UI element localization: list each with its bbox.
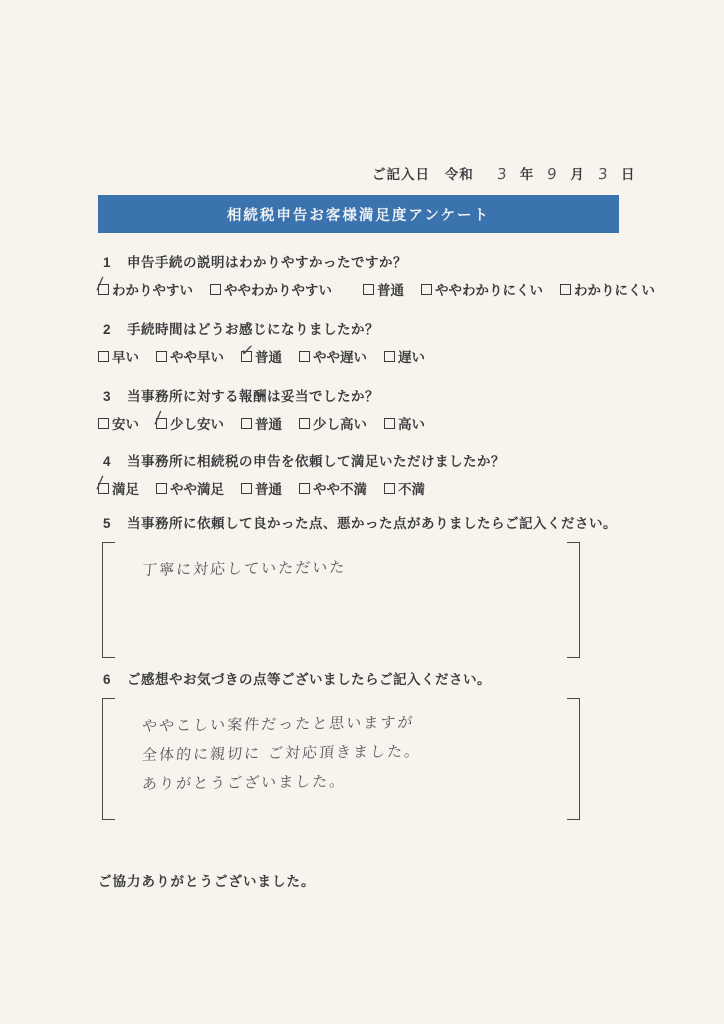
option-yaya-fuman[interactable]: やや不満 xyxy=(299,478,367,498)
option-label: 普通 xyxy=(255,346,282,366)
question-5-answer-box[interactable]: 丁寧に対応していただいた xyxy=(102,542,580,658)
checkbox-icon xyxy=(241,418,252,429)
option-osoi[interactable]: 遅い xyxy=(384,346,425,366)
checkbox-icon: ✓ xyxy=(241,351,252,362)
question-6-answer-box[interactable]: ややこしい案件だったと思いますが 全体的に親切に ご対応頂きました。 ありがとう… xyxy=(102,698,580,820)
option-label: 不満 xyxy=(398,478,425,498)
checkbox-icon xyxy=(156,483,167,494)
option-label: ややわかりやすい xyxy=(224,279,332,299)
handwriting-line: ありがとうございました。 xyxy=(141,764,552,799)
option-label: ややわかりにくい xyxy=(435,279,543,299)
survey-title-bar: 相続税申告お客様満足度アンケート xyxy=(98,195,619,233)
question-4-number: 4 xyxy=(103,454,111,469)
checkbox-icon xyxy=(299,483,310,494)
date-prefix-label: ご記入日 xyxy=(372,167,430,182)
question-6: 6ご感想やお気づきの点等ございましたらご記入ください。 ややこしい案件だったと思… xyxy=(98,668,638,820)
checkbox-icon xyxy=(560,284,571,295)
option-hayai[interactable]: 早い xyxy=(98,346,139,366)
footer-thanks-text: ご協力ありがとうございました。 xyxy=(98,870,316,890)
checkbox-icon xyxy=(241,483,252,494)
day-handwritten-value: 3 xyxy=(597,165,609,184)
option-yaya-manzoku[interactable]: やや満足 xyxy=(156,478,224,498)
checkbox-icon: / xyxy=(156,418,167,429)
question-1-number: 1 xyxy=(103,255,111,270)
option-fuman[interactable]: 不満 xyxy=(384,478,425,498)
checkbox-icon xyxy=(299,418,310,429)
question-3-number: 3 xyxy=(103,389,111,404)
question-4-options: / 満足 やや満足 普通 やや不満 不満 xyxy=(98,478,638,498)
option-label: 安い xyxy=(112,413,139,433)
question-3-options: 安い / 少し安い 普通 少し高い 高い xyxy=(98,413,638,433)
option-label: 普通 xyxy=(255,478,282,498)
checkbox-icon xyxy=(384,418,395,429)
option-label: やや遅い xyxy=(313,346,367,366)
question-4-text: 4当事務所に相続税の申告を依頼して満足いただけましたか？ xyxy=(98,450,638,470)
question-1-text: 1申告手続の説明はわかりやすかったですか？ xyxy=(98,251,638,271)
option-yaya-wakariyasui[interactable]: ややわかりやすい xyxy=(210,279,332,299)
question-4: 4当事務所に相続税の申告を依頼して満足いただけましたか？ / 満足 やや満足 普… xyxy=(98,450,638,498)
option-sukoshi-takai[interactable]: 少し高い xyxy=(299,413,367,433)
option-futsuu[interactable]: ✓ 普通 xyxy=(241,346,282,366)
option-label: やや満足 xyxy=(170,478,224,498)
option-label: 早い xyxy=(112,346,139,366)
question-6-text: 6ご感想やお気づきの点等ございましたらご記入ください。 xyxy=(98,668,638,688)
checkbox-icon xyxy=(363,284,374,295)
day-label: 日 xyxy=(621,167,636,182)
handwriting-line: 丁寧に対応していただいた xyxy=(141,550,552,585)
option-sukoshi-yasui[interactable]: / 少し安い xyxy=(156,413,224,433)
option-yaya-hayai[interactable]: やや早い xyxy=(156,346,224,366)
option-futsuu[interactable]: 普通 xyxy=(241,478,282,498)
option-label: やや早い xyxy=(170,346,224,366)
checkbox-icon xyxy=(156,351,167,362)
checkbox-icon xyxy=(384,483,395,494)
question-5-number: 5 xyxy=(103,516,111,531)
check-mark: / xyxy=(154,409,161,427)
option-label: 普通 xyxy=(377,279,404,299)
checkbox-icon: / xyxy=(98,483,109,494)
bracket-left xyxy=(102,698,115,820)
option-label: 満足 xyxy=(112,478,139,498)
bracket-left xyxy=(102,542,115,658)
era-label: 令和 xyxy=(445,167,474,182)
option-label: 高い xyxy=(398,413,425,433)
question-5-handwriting: 丁寧に対応していただいた xyxy=(102,542,580,595)
option-wakariyasui[interactable]: / わかりやすい xyxy=(98,279,193,299)
option-label: 遅い xyxy=(398,346,425,366)
survey-title: 相続税申告お客様満足度アンケート xyxy=(227,204,490,225)
bracket-right xyxy=(567,542,580,658)
option-futsuu[interactable]: 普通 xyxy=(241,413,282,433)
option-label: やや不満 xyxy=(313,478,367,498)
check-mark: / xyxy=(96,275,103,293)
option-yaya-osoi[interactable]: やや遅い xyxy=(299,346,367,366)
option-futsuu[interactable]: 普通 xyxy=(363,279,404,299)
question-2-number: 2 xyxy=(103,322,111,337)
question-5: 5当事務所に依頼して良かった点、悪かった点がありましたらご記入ください。 丁寧に… xyxy=(98,512,638,658)
check-mark: ✓ xyxy=(239,342,255,360)
option-label: 少し高い xyxy=(313,413,367,433)
bracket-right xyxy=(567,698,580,820)
checkbox-icon xyxy=(210,284,221,295)
checkbox-icon xyxy=(299,351,310,362)
date-line: ご記入日 令和 3 年 9 月 3 日 xyxy=(372,163,636,183)
question-3: 3当事務所に対する報酬は妥当でしたか？ 安い / 少し安い 普通 少し高い 高い xyxy=(98,385,638,433)
survey-document: ご記入日 令和 3 年 9 月 3 日 相続税申告お客様満足度アンケート 1申告… xyxy=(0,0,724,1024)
month-handwritten-value: 9 xyxy=(547,165,559,184)
checkbox-icon xyxy=(384,351,395,362)
check-mark: / xyxy=(96,474,103,492)
option-wakarinikui[interactable]: わかりにくい xyxy=(560,279,655,299)
checkbox-icon xyxy=(421,284,432,295)
option-yaya-wakarinikui[interactable]: ややわかりにくい xyxy=(421,279,543,299)
question-1: 1申告手続の説明はわかりやすかったですか？ / わかりやすい ややわかりやすい … xyxy=(98,251,638,299)
checkbox-icon: / xyxy=(98,284,109,295)
option-label: わかりやすい xyxy=(112,279,193,299)
year-handwritten-value: 3 xyxy=(496,165,508,184)
option-yasui[interactable]: 安い xyxy=(98,413,139,433)
option-label: 少し安い xyxy=(170,413,224,433)
year-label: 年 xyxy=(520,167,535,182)
question-2: 2手続時間はどうお感じになりましたか？ 早い やや早い ✓ 普通 やや遅い 遅い xyxy=(98,318,638,366)
option-label: 普通 xyxy=(255,413,282,433)
question-5-text: 5当事務所に依頼して良かった点、悪かった点がありましたらご記入ください。 xyxy=(98,512,638,532)
question-2-text: 2手続時間はどうお感じになりましたか？ xyxy=(98,318,638,338)
question-6-handwriting: ややこしい案件だったと思いますが 全体的に親切に ご対応頂きました。 ありがとう… xyxy=(102,698,580,809)
question-2-options: 早い やや早い ✓ 普通 やや遅い 遅い xyxy=(98,346,638,366)
option-manzoku[interactable]: / 満足 xyxy=(98,478,139,498)
question-3-text: 3当事務所に対する報酬は妥当でしたか？ xyxy=(98,385,638,405)
question-6-number: 6 xyxy=(103,672,111,687)
question-1-options: / わかりやすい ややわかりやすい 普通 ややわかりにくい わかりにくい xyxy=(98,279,638,299)
month-label: 月 xyxy=(570,167,585,182)
option-takai[interactable]: 高い xyxy=(384,413,425,433)
option-label: わかりにくい xyxy=(574,279,655,299)
checkbox-icon xyxy=(98,351,109,362)
checkbox-icon xyxy=(98,418,109,429)
